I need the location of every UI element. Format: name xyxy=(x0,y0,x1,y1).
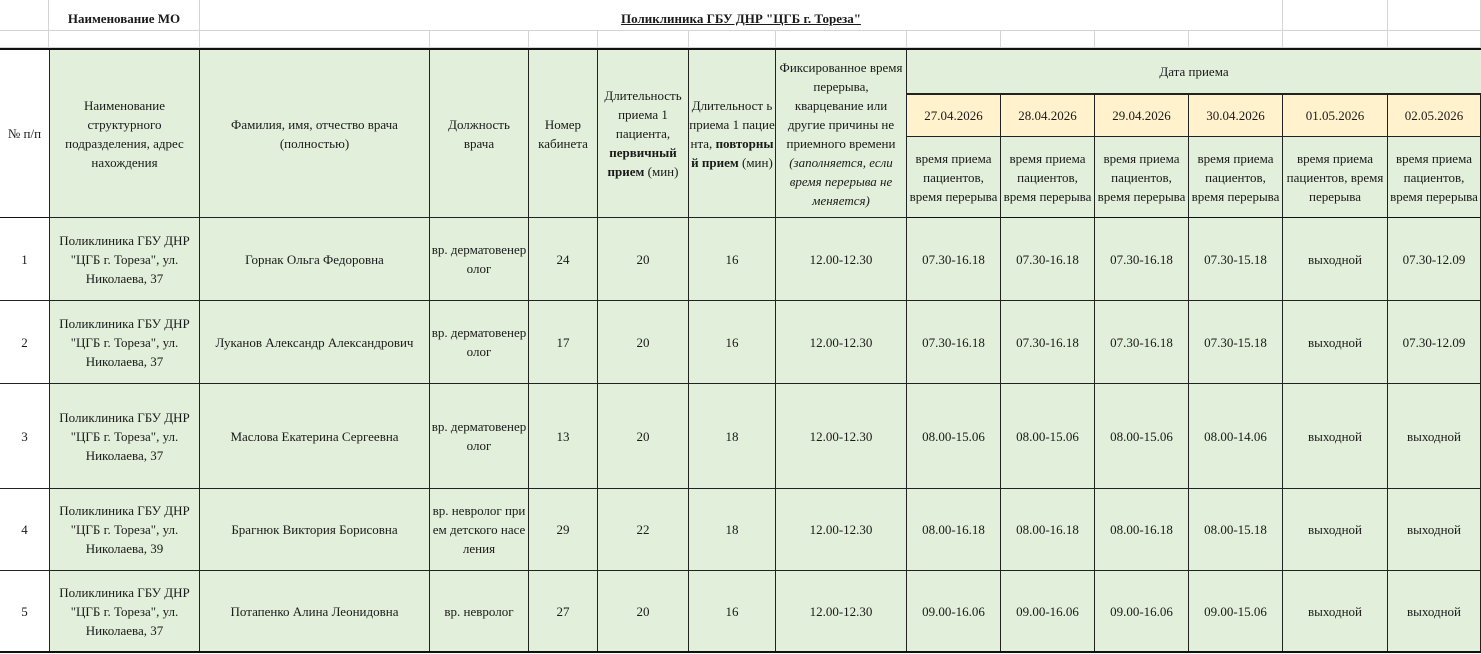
header-slot-label: время приема пациентов, время перерыва xyxy=(1001,137,1095,218)
mo-name-cell[interactable]: Поликлиника ГБУ ДНР "ЦГБ г. Тореза" xyxy=(200,0,1283,31)
header-primary-post: (мин) xyxy=(644,164,678,179)
row-day-schedule[interactable]: 09.00-15.06 xyxy=(1189,571,1283,652)
row-unit[interactable]: Поликлиника ГБУ ДНР "ЦГБ г. Тореза", ул.… xyxy=(49,571,200,652)
row-day-schedule[interactable]: 07.30-16.18 xyxy=(1095,301,1189,384)
table-bottom-border xyxy=(0,651,1481,653)
header-position: Должность врача xyxy=(430,50,529,218)
row-day-schedule[interactable]: выходной xyxy=(1283,489,1388,571)
row-day-schedule[interactable]: выходной xyxy=(1283,384,1388,489)
row-cabinet[interactable]: 27 xyxy=(529,571,598,652)
cell-empty[interactable] xyxy=(776,31,907,48)
row-day-schedule[interactable]: 07.30-16.18 xyxy=(907,218,1001,301)
row-primary[interactable]: 20 xyxy=(598,571,689,652)
row-day-schedule[interactable]: 07.30-16.18 xyxy=(907,301,1001,384)
header-break-main: Фиксированное время перерыва, кварцевани… xyxy=(780,60,903,151)
row-num[interactable]: 1 xyxy=(0,218,49,301)
row-position[interactable]: вр. невролог xyxy=(430,571,529,652)
cell-empty[interactable] xyxy=(1283,31,1388,48)
header-date-group: Дата приема xyxy=(907,50,1481,94)
header-break-note: (заполняется, если время перерыва не мен… xyxy=(789,155,893,208)
header-primary-pre: Длительность приема 1 пациента, xyxy=(604,88,681,141)
cell-empty[interactable] xyxy=(689,31,776,48)
row-day-schedule[interactable]: 08.00-15.06 xyxy=(907,384,1001,489)
row-day-schedule[interactable]: 07.30-12.09 xyxy=(1388,218,1481,301)
header-slot-label: время приема пациентов, время перерыва xyxy=(1283,137,1388,218)
header-break: Фиксированное время перерыва, кварцевани… xyxy=(776,50,907,218)
row-day-schedule[interactable]: выходной xyxy=(1283,571,1388,652)
row-day-schedule[interactable]: 07.30-15.18 xyxy=(1189,301,1283,384)
row-repeat[interactable]: 16 xyxy=(689,301,776,384)
row-day-schedule[interactable]: 07.30-12.09 xyxy=(1388,301,1481,384)
row-cabinet[interactable]: 13 xyxy=(529,384,598,489)
mo-label[interactable]: Наименование МО xyxy=(49,0,200,31)
row-day-schedule[interactable]: 09.00-16.06 xyxy=(1001,571,1095,652)
row-primary[interactable]: 20 xyxy=(598,218,689,301)
row-day-schedule[interactable]: 07.30-16.18 xyxy=(1001,218,1095,301)
cell-empty[interactable] xyxy=(1095,31,1189,48)
mo-name: Поликлиника ГБУ ДНР "ЦГБ г. Тореза" xyxy=(621,9,861,28)
cell-empty[interactable] xyxy=(200,31,430,48)
row-day-schedule[interactable]: 08.00-16.18 xyxy=(1095,489,1189,571)
row-num[interactable]: 3 xyxy=(0,384,49,489)
row-day-schedule[interactable]: выходной xyxy=(1283,218,1388,301)
row-repeat[interactable]: 18 xyxy=(689,489,776,571)
header-unit: Наименование структурного подразделения,… xyxy=(49,50,200,218)
row-day-schedule[interactable]: выходной xyxy=(1283,301,1388,384)
cell-empty[interactable] xyxy=(1283,0,1388,31)
row-day-schedule[interactable]: 09.00-16.06 xyxy=(907,571,1001,652)
header-slot-label: время приема пациентов, время перерыва xyxy=(1095,137,1189,218)
header-date: 01.05.2026 xyxy=(1283,94,1388,137)
row-unit[interactable]: Поликлиника ГБУ ДНР "ЦГБ г. Тореза", ул.… xyxy=(49,384,200,489)
cell-empty[interactable] xyxy=(1388,0,1481,31)
row-repeat[interactable]: 16 xyxy=(689,218,776,301)
row-num[interactable]: 4 xyxy=(0,489,49,571)
row-num[interactable]: 2 xyxy=(0,301,49,384)
row-position[interactable]: вр. дерматовенеролог xyxy=(430,384,529,489)
row-doctor[interactable]: Маслова Екатерина Сергеевна xyxy=(200,384,430,489)
row-cabinet[interactable]: 29 xyxy=(529,489,598,571)
row-doctor[interactable]: Луканов Александр Александрович xyxy=(200,301,430,384)
header-repeat: Длительност ь приема 1 пациента, повторн… xyxy=(689,50,776,218)
row-cabinet[interactable]: 24 xyxy=(529,218,598,301)
row-day-schedule[interactable]: 07.30-16.18 xyxy=(1095,218,1189,301)
header-date: 02.05.2026 xyxy=(1388,94,1481,137)
cell-empty[interactable] xyxy=(1001,31,1095,48)
row-day-schedule[interactable]: 07.30-16.18 xyxy=(1001,301,1095,384)
row-unit[interactable]: Поликлиника ГБУ ДНР "ЦГБ г. Тореза", ул.… xyxy=(49,489,200,571)
header-repeat-post: (мин) xyxy=(739,155,773,170)
row-day-schedule[interactable]: 07.30-15.18 xyxy=(1189,218,1283,301)
header-cabinet: Номер кабинета xyxy=(529,50,598,218)
row-break[interactable]: 12.00-12.30 xyxy=(776,489,907,571)
row-doctor[interactable]: Брагнюк Виктория Борисовна xyxy=(200,489,430,571)
row-day-schedule[interactable]: выходной xyxy=(1388,489,1481,571)
cell-empty[interactable] xyxy=(529,31,598,48)
row-repeat[interactable]: 16 xyxy=(689,571,776,652)
row-break[interactable]: 12.00-12.30 xyxy=(776,301,907,384)
cell-empty[interactable] xyxy=(1189,31,1283,48)
spreadsheet-grid: Наименование МО Поликлиника ГБУ ДНР "ЦГБ… xyxy=(0,0,1481,654)
cell-a1[interactable] xyxy=(0,0,49,31)
row-primary[interactable]: 20 xyxy=(598,301,689,384)
row-repeat[interactable]: 18 xyxy=(689,384,776,489)
header-num: № п/п xyxy=(0,50,49,218)
header-slot-label: время приема пациентов, время перерыва xyxy=(1388,137,1481,218)
cell-empty[interactable] xyxy=(49,31,200,48)
row-unit[interactable]: Поликлиника ГБУ ДНР "ЦГБ г. Тореза", ул.… xyxy=(49,218,200,301)
row-primary[interactable]: 22 xyxy=(598,489,689,571)
row-doctor[interactable]: Горнак Ольга Федоровна xyxy=(200,218,430,301)
header-slot-label: время приема пациентов, время перерыва xyxy=(907,137,1001,218)
row-day-schedule[interactable]: 09.00-16.06 xyxy=(1095,571,1189,652)
row-day-schedule[interactable]: 08.00-16.18 xyxy=(907,489,1001,571)
row-position[interactable]: вр. невролог прием детского населения xyxy=(430,489,529,571)
header-slot-label: время приема пациентов, время перерыва xyxy=(1189,137,1283,218)
cell-empty[interactable] xyxy=(0,31,49,48)
cell-empty[interactable] xyxy=(430,31,529,48)
header-date: 30.04.2026 xyxy=(1189,94,1283,137)
row-break[interactable]: 12.00-12.30 xyxy=(776,571,907,652)
header-date: 28.04.2026 xyxy=(1001,94,1095,137)
header-date: 29.04.2026 xyxy=(1095,94,1189,137)
row-day-schedule[interactable]: выходной xyxy=(1388,571,1481,652)
row-position[interactable]: вр. дерматовенеролог xyxy=(430,218,529,301)
header-doctor: Фамилия, имя, отчество врача (полностью) xyxy=(200,50,430,218)
row-day-schedule[interactable]: 08.00-16.18 xyxy=(1001,489,1095,571)
row-day-schedule[interactable]: 08.00-15.18 xyxy=(1189,489,1283,571)
row-break[interactable]: 12.00-12.30 xyxy=(776,218,907,301)
row-day-schedule[interactable]: 08.00-15.06 xyxy=(1001,384,1095,489)
row-day-schedule[interactable]: 08.00-14.06 xyxy=(1189,384,1283,489)
cell-empty[interactable] xyxy=(1388,31,1481,48)
row-cabinet[interactable]: 17 xyxy=(529,301,598,384)
row-day-schedule[interactable]: выходной xyxy=(1388,384,1481,489)
row-day-schedule[interactable]: 08.00-15.06 xyxy=(1095,384,1189,489)
header-primary: Длительность приема 1 пациента, первичны… xyxy=(598,50,689,218)
row-doctor[interactable]: Потапенко Алина Леонидовна xyxy=(200,571,430,652)
cell-empty[interactable] xyxy=(598,31,689,48)
row-break[interactable]: 12.00-12.30 xyxy=(776,384,907,489)
row-position[interactable]: вр. дерматовенеролог xyxy=(430,301,529,384)
header-date: 27.04.2026 xyxy=(907,94,1001,137)
cell-empty[interactable] xyxy=(907,31,1001,48)
row-unit[interactable]: Поликлиника ГБУ ДНР "ЦГБ г. Тореза", ул.… xyxy=(49,301,200,384)
row-num[interactable]: 5 xyxy=(0,571,49,652)
row-primary[interactable]: 20 xyxy=(598,384,689,489)
